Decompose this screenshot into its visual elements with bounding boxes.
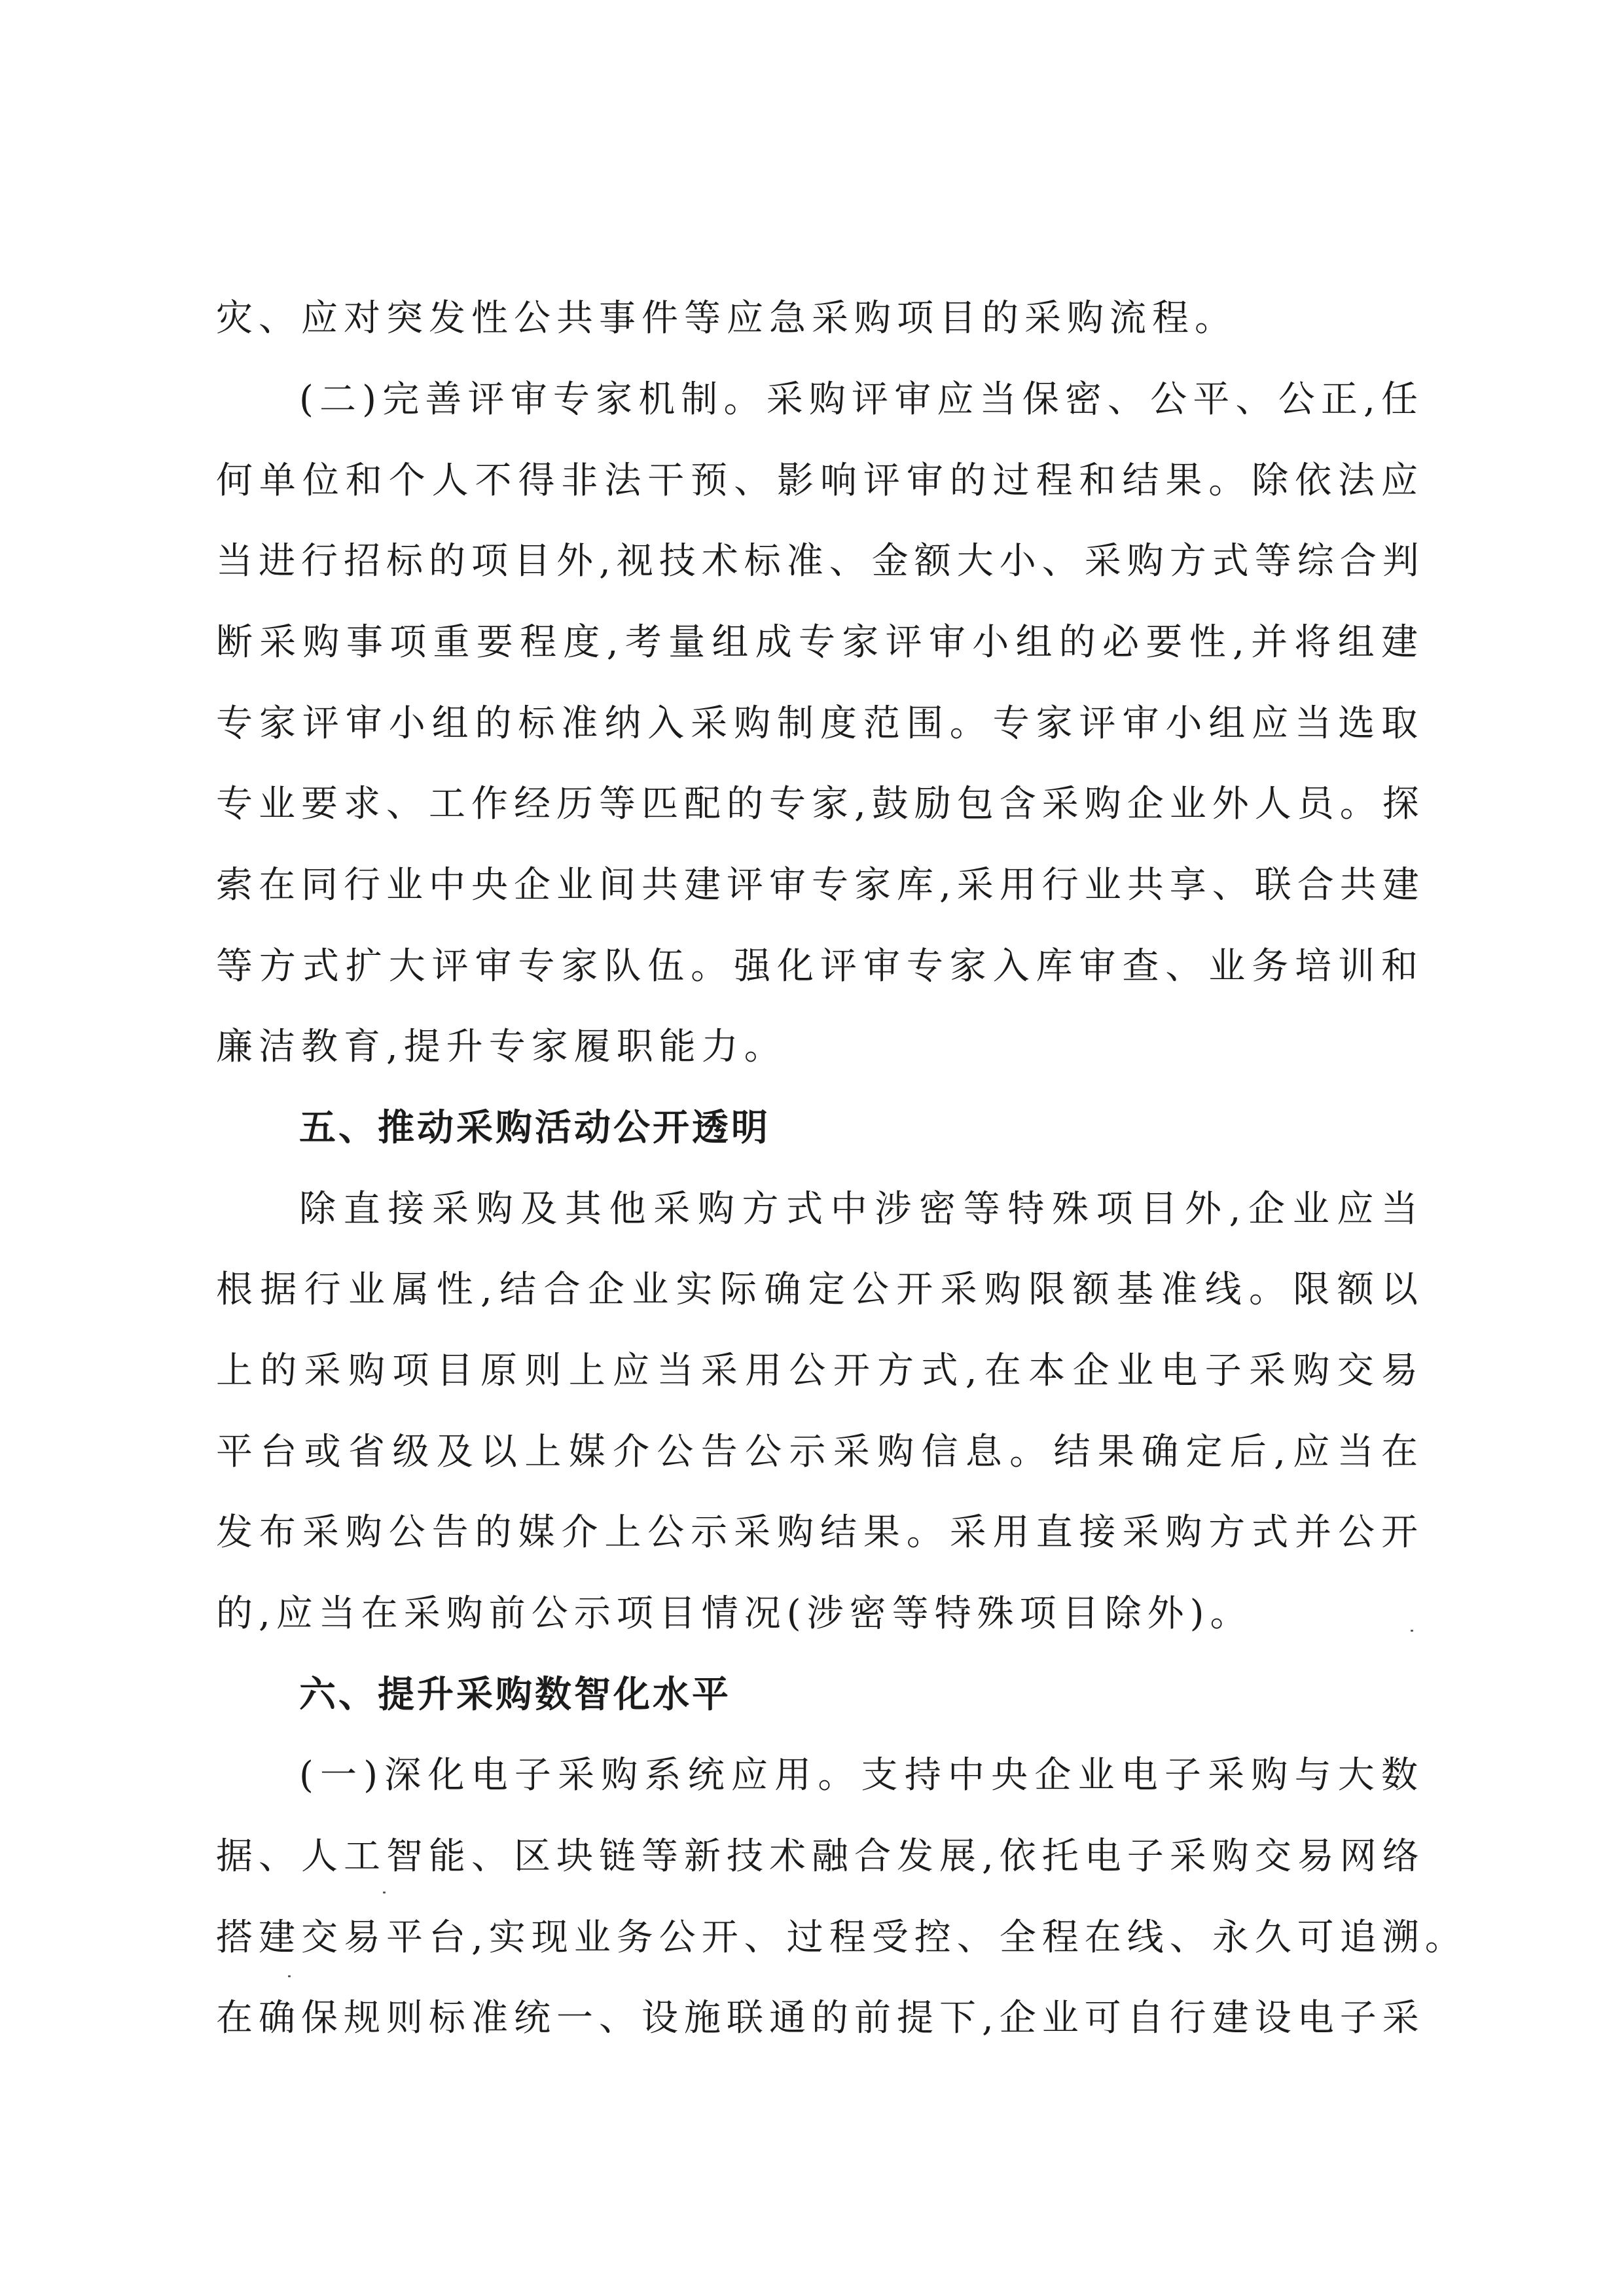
paragraph-start-line: 除直接采购及其他采购方式中涉密等特殊项目外,企业应当	[299, 1187, 1424, 1232]
body-line: 搭建交易平台,实现业务公开、过程受控、全程在线、永久可追溯。	[216, 1915, 1424, 1961]
body-line: 索在同行业中央企业间共建评审专家库,采用行业共享、联合共建	[216, 863, 1424, 908]
body-line: 发布采购公告的媒介上公示采购结果。采用直接采购方式并公开	[216, 1510, 1424, 1556]
body-line: 廉洁教育,提升专家履职能力。	[216, 1024, 1424, 1070]
scan-speck	[383, 1892, 386, 1893]
body-line: 平台或省级及以上媒介公告公示采购信息。结果确定后,应当在	[216, 1429, 1424, 1475]
body-line: 根据行业属性,结合企业实际确定公开采购限额基准线。限额以	[216, 1267, 1424, 1313]
body-line: 何单位和个人不得非法干预、影响评审的过程和结果。除依法应	[216, 458, 1424, 504]
body-line: 灾、应对突发性公共事件等应急采购项目的采购流程。	[216, 296, 1424, 342]
document-page: 灾、应对突发性公共事件等应急采购项目的采购流程。 (二)完善评审专家机制。采购评…	[0, 0, 1624, 2296]
paragraph-start-line: (一)深化电子采购系统应用。支持中央企业电子采购与大数	[299, 1753, 1424, 1799]
body-line: 专业要求、工作经历等匹配的专家,鼓励包含采购企业外人员。探	[216, 781, 1424, 827]
body-line: 断采购事项重要程度,考量组成专家评审小组的必要性,并将组建	[216, 620, 1424, 666]
section-heading-5: 五、推动采购活动公开透明	[299, 1105, 1424, 1151]
body-line: 的,应当在采购前公示项目情况(涉密等特殊项目除外)。	[216, 1591, 1424, 1637]
body-line: 据、人工智能、区块链等新技术融合发展,依托电子采购交易网络	[216, 1834, 1424, 1880]
paragraph-start-line: (二)完善评审专家机制。采购评审应当保密、公平、公正,任	[299, 377, 1424, 423]
scan-speck	[288, 1975, 291, 1977]
body-line: 专家评审小组的标准纳入采购制度范围。专家评审小组应当选取	[216, 701, 1424, 747]
body-line: 上的采购项目原则上应当采用公开方式,在本企业电子采购交易	[216, 1348, 1424, 1394]
scan-speck	[1411, 1630, 1413, 1632]
body-line: 等方式扩大评审专家队伍。强化评审专家入库审查、业务培训和	[216, 944, 1424, 990]
section-heading-6: 六、提升采购数智化水平	[299, 1672, 1424, 1718]
body-line: 当进行招标的项目外,视技术标准、金额大小、采购方式等综合判	[216, 539, 1424, 584]
body-line: 在确保规则标准统一、设施联通的前提下,企业可自行建设电子采	[216, 1996, 1424, 2041]
